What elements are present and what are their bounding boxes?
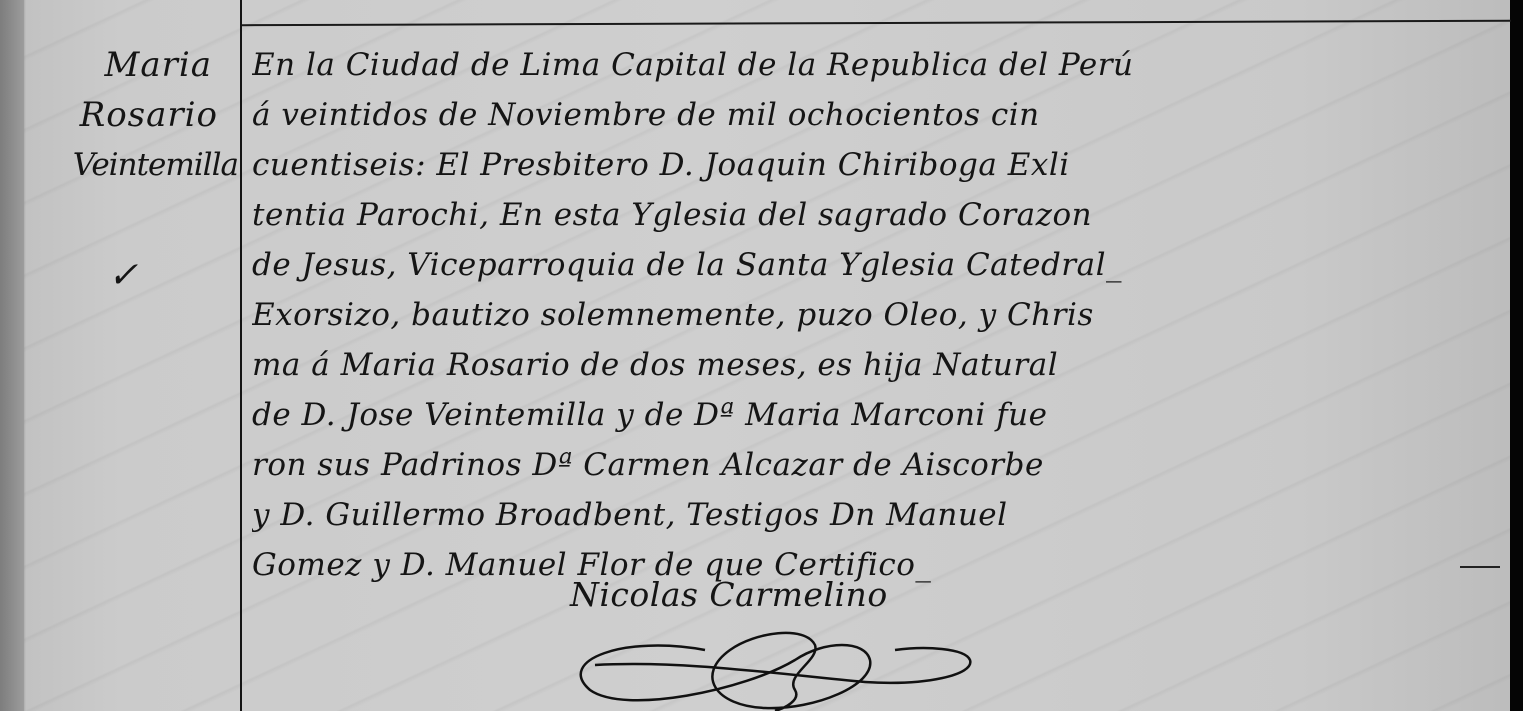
record-line: de D. Jose Veintemilla y de Dª Maria Mar…	[252, 390, 1502, 440]
signature: Nicolas Carmelino	[570, 575, 888, 614]
margin-ruled-line	[240, 0, 242, 711]
document-page: Maria Rosario Veintemilla ✓ En la Ciudad…	[0, 0, 1523, 711]
record-line: En la Ciudad de Lima Capital de la Repub…	[252, 40, 1502, 90]
signature-rubric-icon	[565, 620, 985, 711]
record-line: y D. Guillermo Broadbent, Testigos Dn Ma…	[252, 490, 1502, 540]
check-mark-icon: ✓	[108, 255, 138, 296]
top-ruled-line	[241, 20, 1511, 26]
record-line: ma á Maria Rosario de dos meses, es hija…	[252, 340, 1502, 390]
line-end-dash	[1460, 566, 1500, 568]
margin-note-line: Veintemilla	[0, 140, 238, 190]
record-line: cuentiseis: El Presbitero D. Joaquin Chi…	[252, 140, 1502, 190]
record-line: tentia Parochi, En esta Yglesia del sagr…	[252, 190, 1502, 240]
margin-note-line: Rosario	[0, 90, 238, 140]
record-body: En la Ciudad de Lima Capital de la Repub…	[252, 40, 1502, 590]
record-line: á veintidos de Noviembre de mil ochocien…	[252, 90, 1502, 140]
margin-note-line: Maria	[0, 40, 238, 90]
record-line: ron sus Padrinos Dª Carmen Alcazar de Ai…	[252, 440, 1502, 490]
page-edge	[1510, 0, 1523, 711]
margin-note: Maria Rosario Veintemilla	[0, 40, 238, 190]
record-line: de Jesus, Viceparroquia de la Santa Ygle…	[252, 240, 1502, 290]
record-line: Exorsizo, bautizo solemnemente, puzo Ole…	[252, 290, 1502, 340]
